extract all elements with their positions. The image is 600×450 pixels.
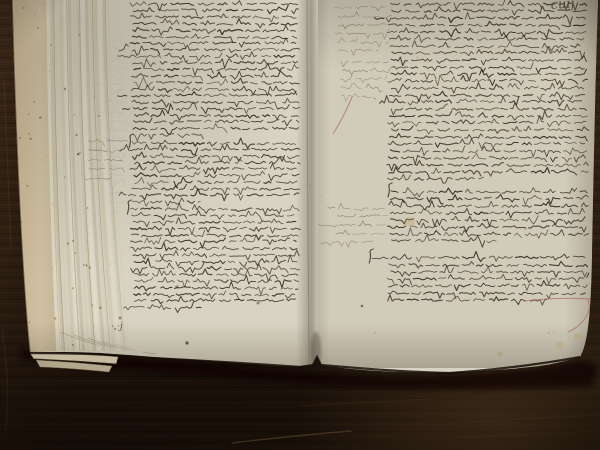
manuscript-photo: cuij ·j [0,0,600,450]
manuscript-scene: cuij ·j [0,0,600,450]
vignette [0,0,600,450]
